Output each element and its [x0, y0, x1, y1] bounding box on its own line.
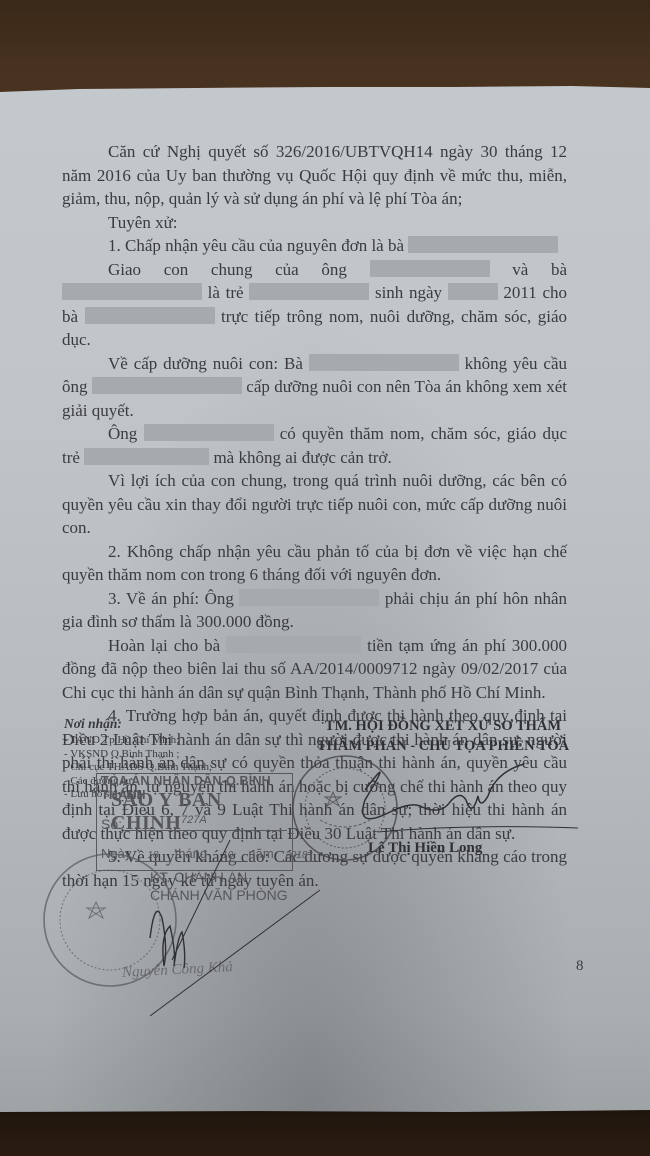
paragraph-p2: Tuyên xử: [62, 211, 567, 235]
stamp-number-label: Số: [101, 816, 122, 832]
stamp-year-value: 2018 [277, 850, 315, 862]
redacted-name [448, 283, 498, 300]
clerk-title-1: KT. CHÁNH ÁN [150, 868, 288, 886]
stamp-day-label: Ngày [101, 846, 131, 861]
recipients-title: Nơi nhận: [64, 716, 304, 732]
redacted-name [370, 260, 490, 277]
redacted-name [92, 377, 242, 394]
redacted-name [226, 636, 361, 653]
paragraph-p9: 3. Về án phí: Ông phải chịu án phí hôn n… [62, 587, 567, 634]
redacted-name [144, 424, 274, 441]
certified-copy-stamp: TÒA ÁN NHÂN DÂN-Q.BÌNH THẠNH SAO Y BẢN C… [96, 773, 293, 871]
recipient-item: - TAND Tp.Hồ Chí Minh; [64, 734, 304, 748]
paragraph-p6: Ông có quyền thăm nom, chăm sóc, giáo dụ… [62, 422, 567, 469]
redacted-name [85, 307, 215, 324]
stamp-number-value: 727A [181, 814, 207, 826]
page-number: 8 [576, 958, 584, 975]
stamp-year-label: năm [248, 846, 273, 861]
judge-title: THẨM PHÁN - CHỦ TỌA PHIÊN TOÀ [308, 736, 578, 756]
paragraph-p10: Hoàn lại cho bà tiền tạm ứng án phí 300.… [62, 634, 567, 705]
redacted-name [84, 448, 209, 465]
paragraph-p3: 1. Chấp nhận yêu cầu của nguyên đơn là b… [62, 234, 567, 258]
paragraph-p4: Giao con chung của ông và bà là trẻ sinh… [62, 258, 567, 352]
stamp-day-value: 18 [135, 850, 171, 862]
stamp-title: SAO Y BẢN CHÍNH [111, 789, 292, 835]
redacted-name [309, 354, 459, 371]
paragraph-p1: Căn cứ Nghị quyết số 326/2016/UBTVQH14 n… [62, 140, 567, 211]
clerk-signature-heading: KT. CHÁNH ÁN CHÁNH VĂN PHÒNG [150, 868, 288, 904]
judge-signature-heading: TM. HỘI ĐỒNG XÉT XỬ SƠ THẨM THẨM PHÁN - … [308, 716, 578, 756]
stamp-month-value: 10 [211, 850, 245, 862]
paragraph-p5: Về cấp dưỡng nuôi con: Bà không yêu cầu … [62, 352, 567, 423]
judge-name: Lê Thị Hiền Long [368, 840, 482, 857]
stamp-month-label: tháng [175, 846, 208, 861]
redacted-name [249, 283, 369, 300]
panel-title: TM. HỘI ĐỒNG XÉT XỬ SƠ THẨM [308, 716, 578, 736]
recipient-item: - VKSND Q.Bình Thạnh ; [64, 748, 304, 762]
redacted-name [408, 236, 558, 253]
redacted-name [239, 589, 379, 606]
clerk-title-2: CHÁNH VĂN PHÒNG [150, 886, 288, 904]
redacted-name [62, 283, 202, 300]
stamp-number-line [123, 830, 287, 831]
stamp-date: Ngày 18 tháng 10 năm 2018 [101, 846, 315, 862]
paragraph-p8: 2. Không chấp nhận yêu cầu phản tố của b… [62, 540, 567, 587]
paragraph-p7: Vì lợi ích của con chung, trong quá trìn… [62, 469, 567, 540]
